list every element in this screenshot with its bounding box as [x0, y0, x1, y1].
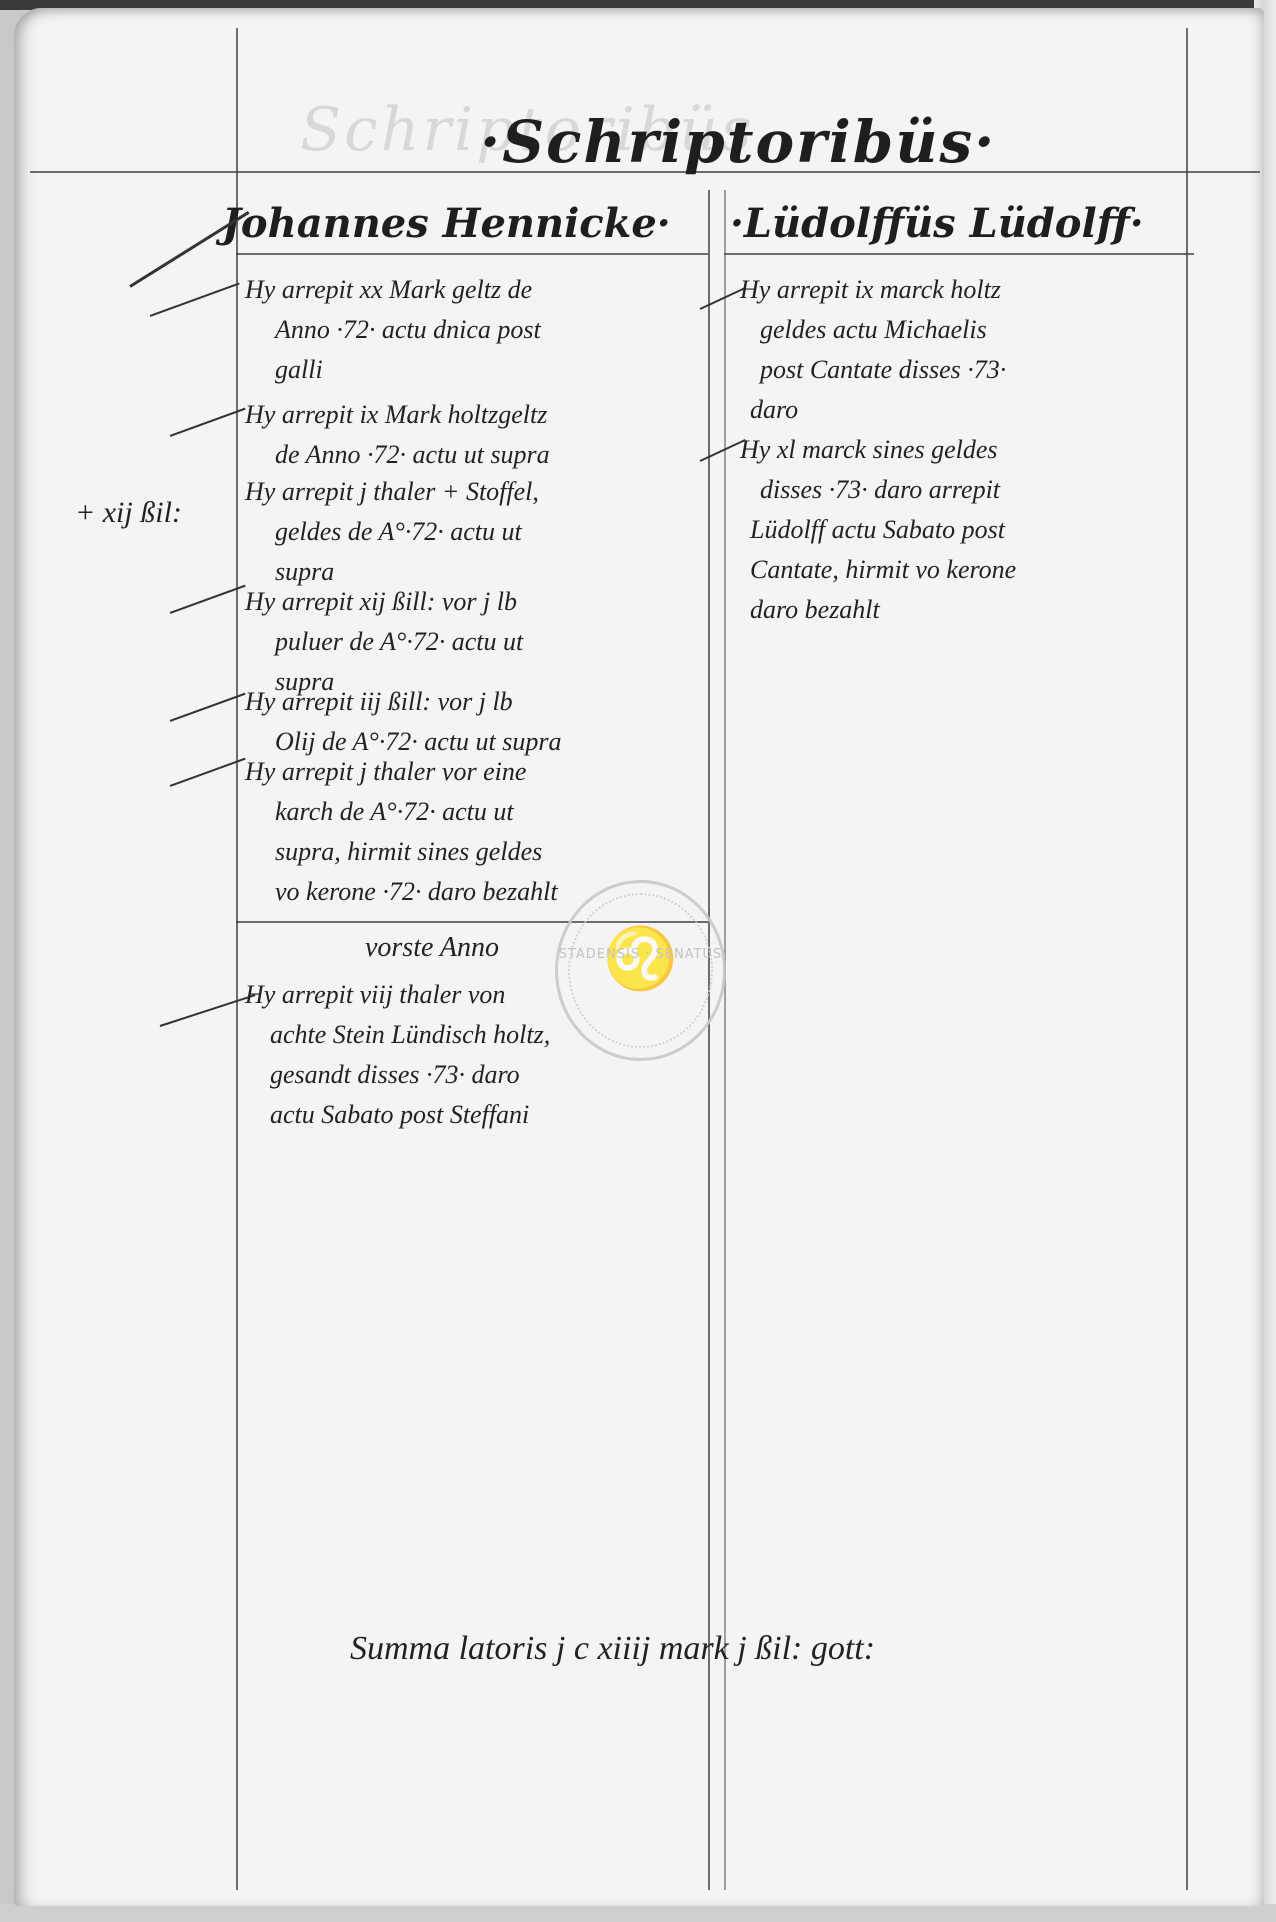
section-subheading: vorste Anno	[365, 932, 499, 964]
rule-left-margin	[236, 28, 238, 1890]
ledger-entry: Hy arrepit ix Mark holtzgeltz de Anno ·7…	[245, 395, 550, 475]
page-title: ·Schriptoribüs·	[480, 108, 996, 176]
column-heading-right: ·Lüdolffüs Lüdolff·	[730, 200, 1144, 247]
ledger-entry: Hy xl marck sines geldes disses ·73· dar…	[740, 430, 1016, 630]
rule-heading-underline-left	[236, 253, 708, 255]
ledger-entry: Hy arrepit ix marck holtz geldes actu Mi…	[740, 270, 1006, 430]
margin-note: + xij ßil:	[75, 496, 182, 530]
column-heading-left: Johannes Hennicke·	[222, 200, 671, 247]
summary-total: Summa latoris j c xiiij mark j ßil: gott…	[350, 1630, 875, 1668]
rule-right-margin	[1186, 28, 1188, 1890]
ledger-entry: Hy arrepit xx Mark geltz de Anno ·72· ac…	[245, 270, 541, 390]
rule-heading-underline-right	[724, 253, 1194, 255]
ledger-entry: Hy arrepit viij thaler von achte Stein L…	[245, 975, 550, 1135]
seal-text: STADENSIS · SENATUS	[558, 947, 723, 962]
book-bottom-edge	[0, 1904, 1276, 1922]
archive-seal-stamp: ♌ STADENSIS · SENATUS	[555, 880, 726, 1061]
ledger-entry: Hy arrepit j thaler + Stoffel, geldes de…	[245, 472, 539, 592]
ledger-entry: Hy arrepit j thaler vor eine karch de A°…	[245, 752, 558, 912]
ledger-entry: Hy arrepit iij ßill: vor j lb Olij de A°…	[245, 682, 562, 762]
